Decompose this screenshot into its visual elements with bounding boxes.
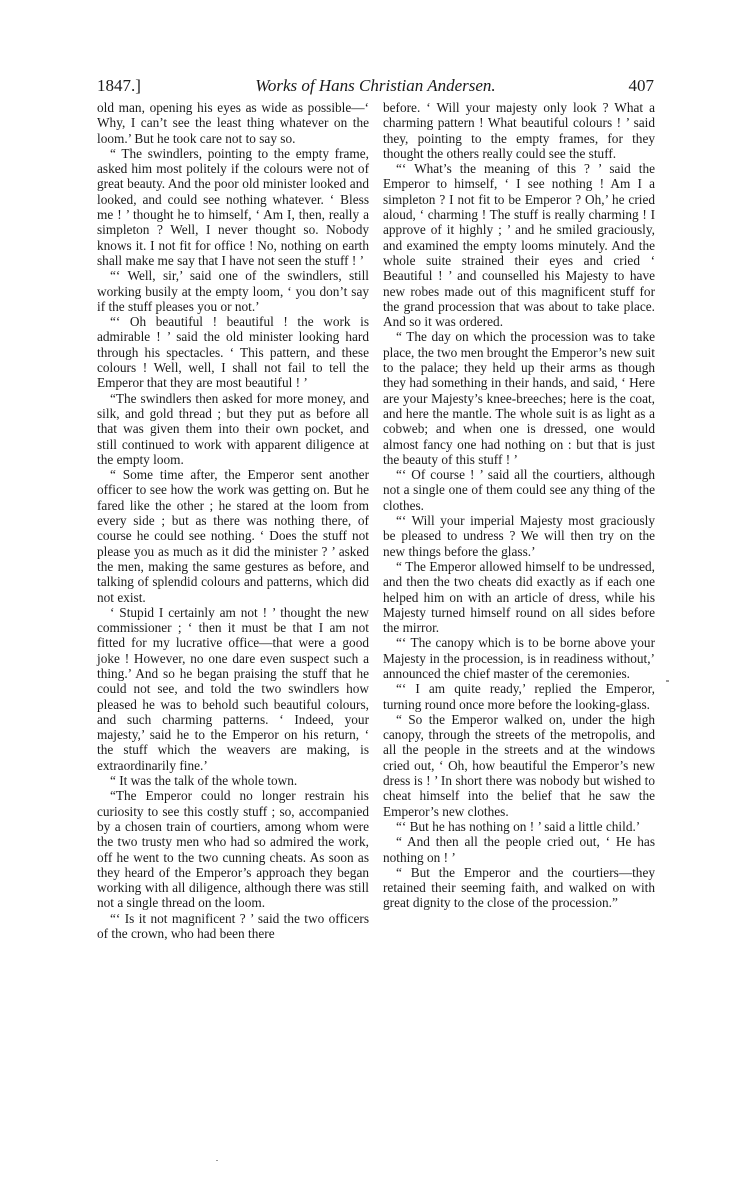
running-head-title: Works of Hans Christian Andersen. [97,76,654,96]
paragraph: “ Some time after, the Emperor sent anot… [97,467,369,605]
paragraph: “‘ Oh beautiful ! beautiful ! the work i… [97,314,369,390]
paragraph: “ The Emperor allowed himself to be undr… [383,559,655,635]
scan-speck [666,680,669,682]
paragraph: “ And then all the people cried out, ‘ H… [383,834,655,865]
right-column: before. ‘ Will your majesty only look ? … [383,100,655,911]
running-head: 1847.] Works of Hans Christian Andersen.… [97,76,654,96]
paragraph: “‘ The canopy which is to be borne above… [383,635,655,681]
paragraph: “‘ I am quite ready,’ replied the Empero… [383,681,655,712]
paragraph: “ But the Emperor and the courtiers—they… [383,865,655,911]
paragraph: “The swindlers then asked for more money… [97,391,369,467]
paragraph: “ The swindlers, pointing to the empty f… [97,146,369,268]
paragraph: “‘ Is it not magnificent ? ’ said the tw… [97,911,369,942]
paragraph: “‘ But he has nothing on ! ’ said a litt… [383,819,655,834]
page-number: 407 [629,76,655,96]
paragraph: ‘ Stupid I certainly am not ! ’ thought … [97,605,369,773]
paragraph: “ It was the talk of the whole town. [97,773,369,788]
paragraph: “‘ Well, sir,’ said one of the swindlers… [97,268,369,314]
paragraph: old man, opening his eyes as wide as pos… [97,100,369,146]
paragraph: “ The day on which the procession was to… [383,329,655,467]
scan-speck [216,1160,218,1161]
paragraph: “‘ What’s the meaning of this ? ’ said t… [383,161,655,329]
paragraph: “The Emperor could no longer restrain hi… [97,788,369,910]
document-page: 1847.] Works of Hans Christian Andersen.… [0,0,749,1180]
paragraph: “ So the Emperor walked on, under the hi… [383,712,655,819]
left-column: old man, opening his eyes as wide as pos… [97,100,369,941]
paragraph: “‘ Of course ! ’ said all the courtiers,… [383,467,655,513]
paragraph: before. ‘ Will your majesty only look ? … [383,100,655,161]
paragraph: “‘ Will your imperial Majesty most graci… [383,513,655,559]
